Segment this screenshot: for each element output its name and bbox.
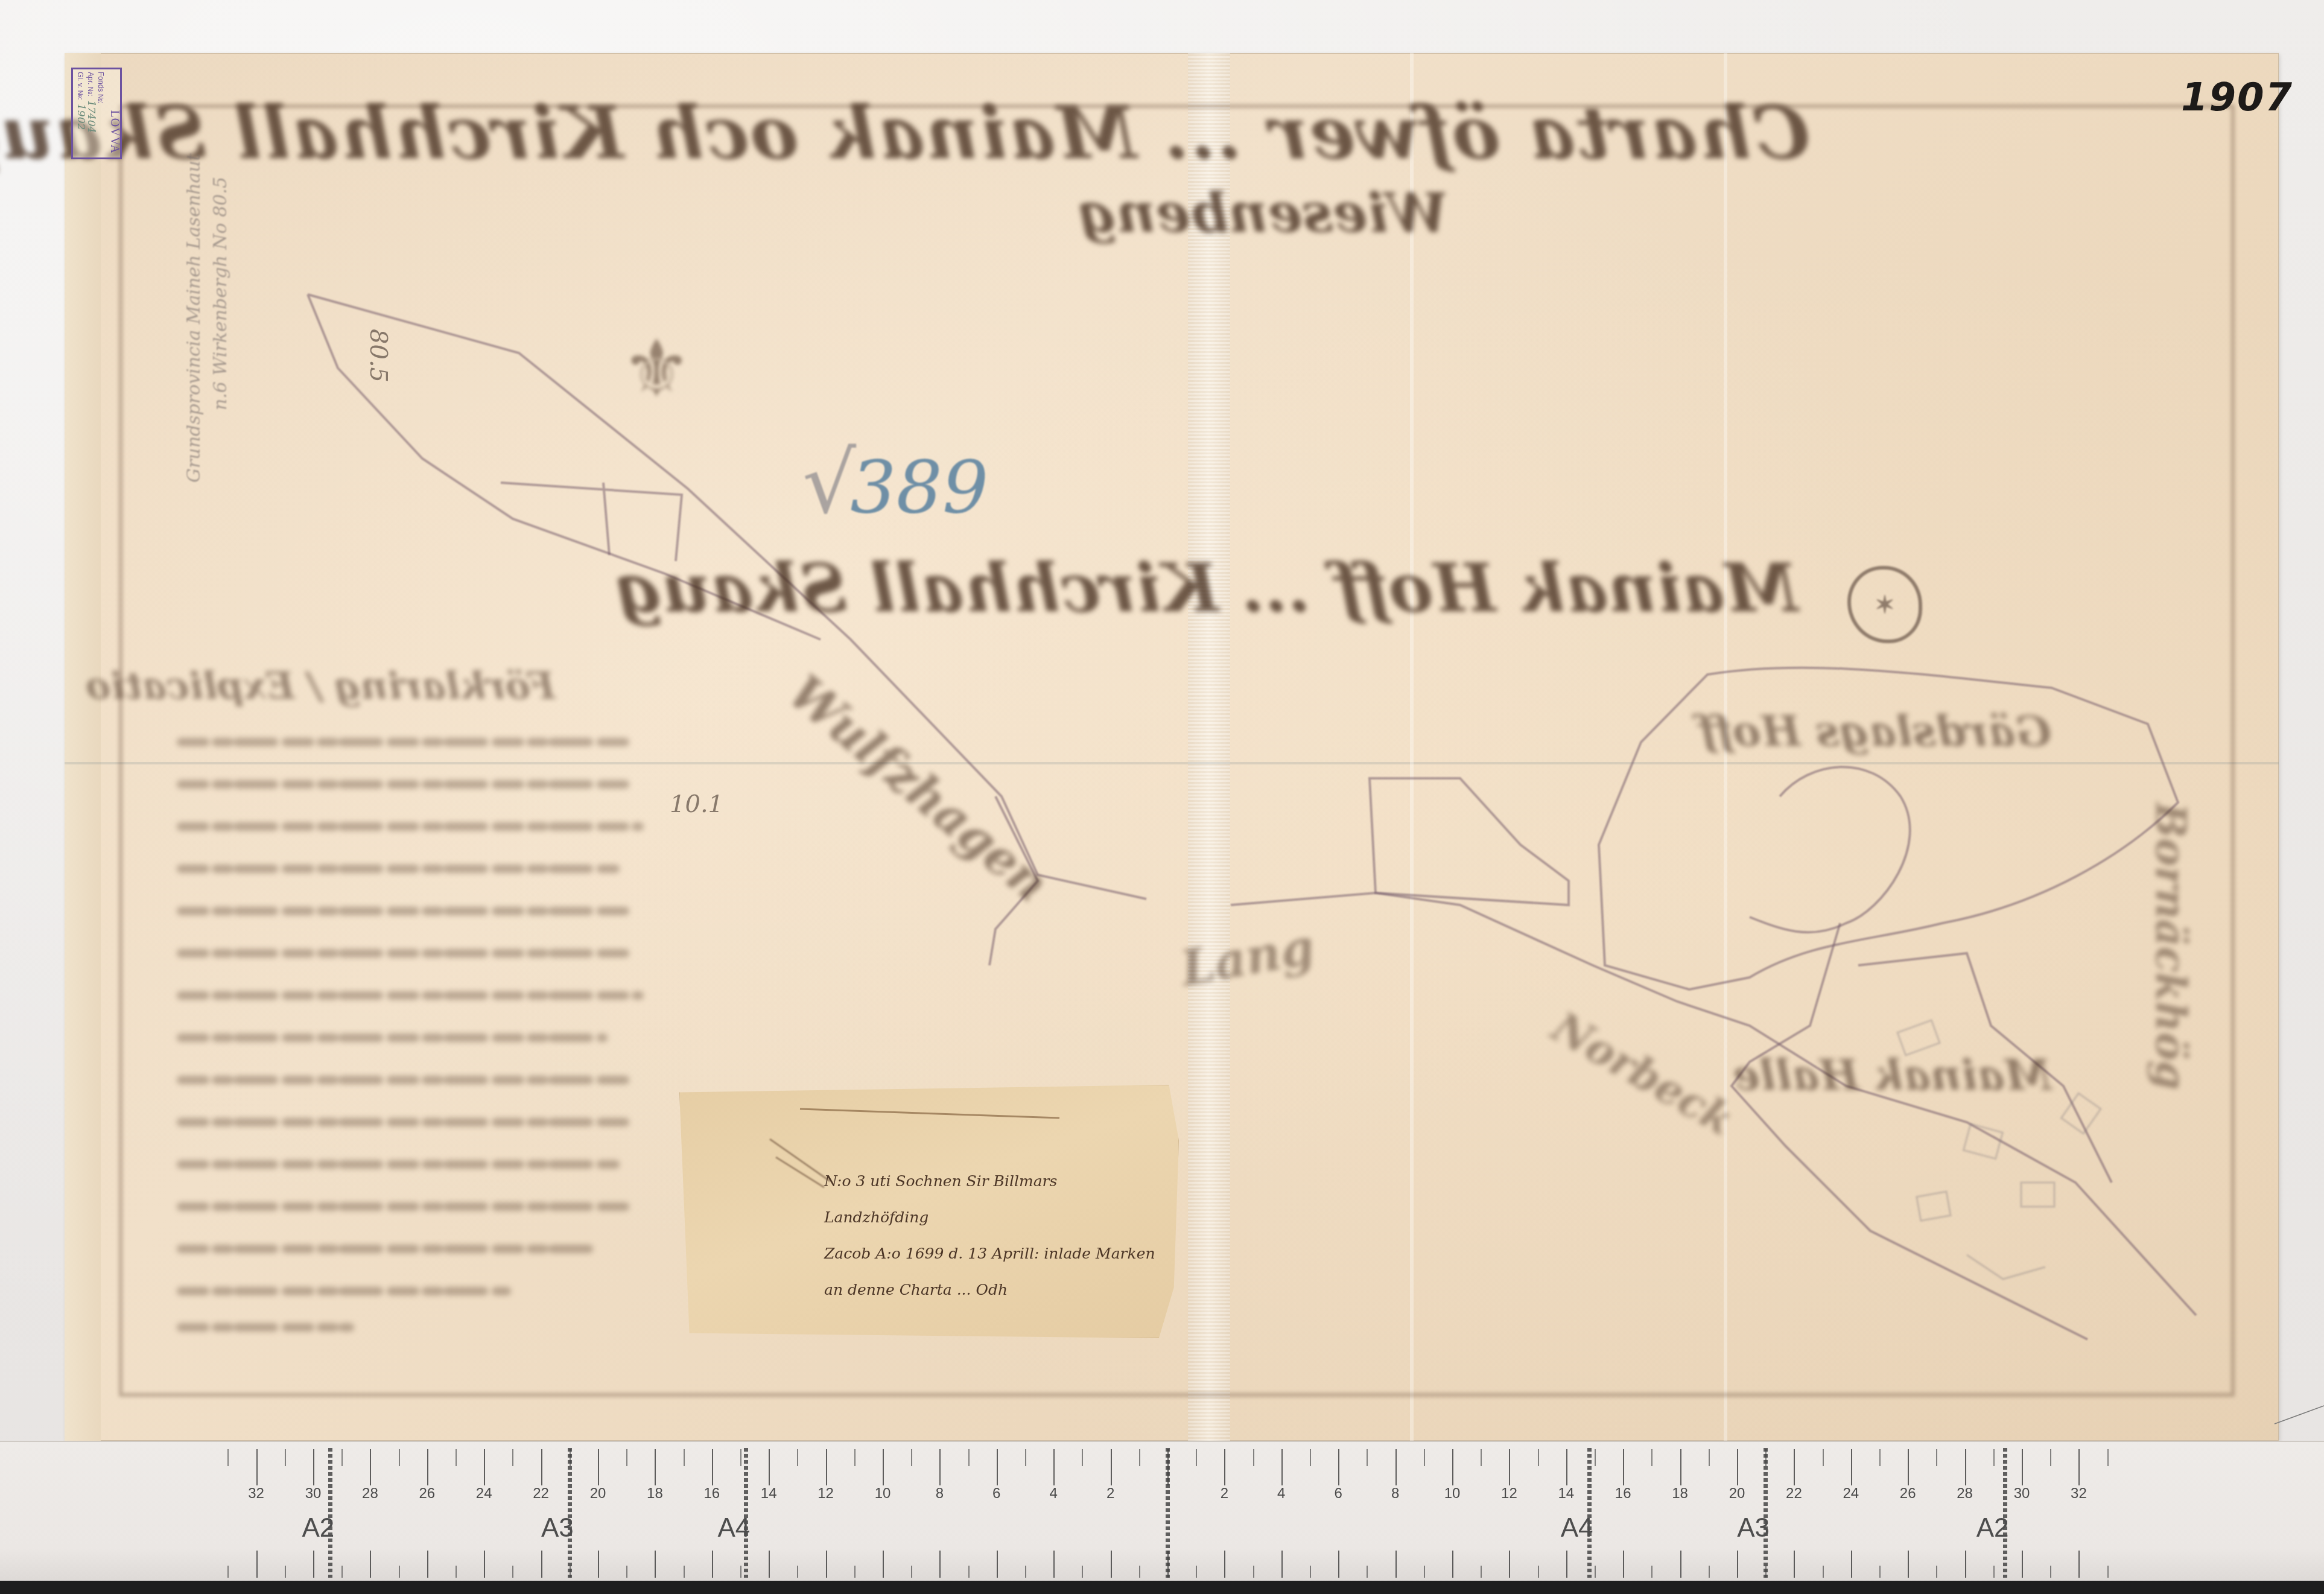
side-note-line-1: Grundsprovincia Maineh Lasenhaut: [181, 153, 208, 483]
ruler-tick-top: [1936, 1449, 1937, 1466]
ruler-number: 8: [1391, 1485, 1399, 1502]
ruler-number: 18: [647, 1485, 663, 1502]
ruler-tick-top: [1538, 1449, 1539, 1466]
ruler-number: 2: [1106, 1485, 1114, 1502]
map-title-bleedthrough: Charta öfwer ... Mainak och Kirchhall Sk…: [0, 90, 1810, 176]
ruler-number: 28: [362, 1485, 378, 1502]
ruler-tick-top: [1651, 1449, 1653, 1466]
ruler-number: 12: [1501, 1485, 1517, 1502]
ruler-number: 16: [1615, 1485, 1631, 1502]
ruler-size-marker: A4: [1561, 1513, 1593, 1543]
ruler-tick-bottom: [1481, 1566, 1482, 1578]
ruler-tick-top: [1338, 1449, 1339, 1485]
ruler-number: 20: [1729, 1485, 1745, 1502]
ruler-tick-bottom: [939, 1551, 941, 1578]
ruler-size-marker: A4: [718, 1513, 751, 1543]
ruler-tick-top: [1794, 1449, 1795, 1485]
ruler-tick-top: [1424, 1449, 1425, 1466]
region-label-right-2: Mainak Halle: [1733, 1050, 2051, 1100]
stamp-title: LOVVA: [110, 110, 119, 154]
ruler-number: 12: [818, 1485, 834, 1502]
ruler-tick-top: [1310, 1449, 1311, 1466]
ruler-tick-top: [1908, 1449, 1909, 1485]
ruler-tick-bottom: [997, 1551, 998, 1578]
archive-stamp: LOVVA Fonds №: Apr. №: 17404 Gl. v. №: 1…: [71, 68, 122, 159]
ruler-tick-bottom: [598, 1551, 599, 1578]
ruler-tick-top: [655, 1449, 656, 1485]
ruler-tick-bottom: [1595, 1566, 1596, 1578]
ruler-tick-top: [1025, 1449, 1026, 1466]
side-pencil-note: Grundsprovincia Maineh Lasenhaut n.6 Wir…: [181, 153, 234, 483]
ruler-tick-top: [826, 1449, 827, 1485]
ruler-tick-top: [427, 1449, 428, 1485]
ruler-number: 14: [1558, 1485, 1574, 1502]
ruler-tick-bottom: [740, 1566, 741, 1578]
note-line-1: N:o 3 uti Sochnen Sir Billmars Landzhöfd…: [824, 1163, 1162, 1236]
ruler-tick-bottom: [227, 1566, 229, 1578]
ruler-tick-bottom: [1566, 1551, 1567, 1578]
region-label-right-1: Gärdslags Hoff: [1698, 706, 2051, 756]
ruler-tick-bottom: [1851, 1551, 1852, 1578]
ruler-tick-top: [939, 1449, 941, 1485]
ruler-tick-bottom: [968, 1566, 970, 1578]
ruler-tick-bottom: [626, 1566, 627, 1578]
ruler-tick-top: [370, 1449, 371, 1485]
ruler-tick-bottom: [1053, 1551, 1055, 1578]
ruler-tick-top: [1452, 1449, 1453, 1485]
ruler-tick-bottom: [826, 1551, 827, 1578]
ruler-tick-top: [256, 1449, 258, 1485]
ruler-tick-top: [512, 1449, 513, 1466]
ruler-tick-bottom: [399, 1566, 400, 1578]
ruler-tick-top: [1253, 1449, 1254, 1466]
ruler-tick-bottom: [1651, 1566, 1653, 1578]
ruler-tick-bottom: [1737, 1551, 1738, 1578]
ruler-tick-bottom: [797, 1566, 798, 1578]
ruler-tick-top: [1737, 1449, 1738, 1485]
ruler-tick-bottom: [512, 1566, 513, 1578]
note-text: N:o 3 uti Sochnen Sir Billmars Landzhöfd…: [824, 1163, 1162, 1308]
ruler-tick-bottom: [911, 1566, 912, 1578]
stamp-glv-label: Gl. v. №:: [76, 72, 84, 100]
ruler-tick-bottom: [1082, 1566, 1083, 1578]
pencil-mark-10: 10.1: [670, 790, 723, 818]
ruler-tick-bottom: [370, 1551, 371, 1578]
ruler-tick-top: [1481, 1449, 1482, 1466]
ruler-number: 28: [1957, 1485, 1973, 1502]
pasted-paper-note: N:o 3 uti Sochnen Sir Billmars Landzhöfd…: [679, 1085, 1179, 1338]
ruler-tick-top: [598, 1449, 599, 1485]
explication-text-block: [169, 724, 646, 1351]
ruler-tick-bottom: [1538, 1566, 1539, 1578]
ruler-tick-bottom: [1879, 1566, 1881, 1578]
ruler-tick-bottom: [256, 1551, 258, 1578]
ruler-tick-top: [712, 1449, 713, 1485]
stamp-apr-value: 17404: [85, 100, 97, 133]
ruler-tick-bottom: [2022, 1551, 2023, 1578]
ruler-tick-bottom: [1310, 1566, 1311, 1578]
measurement-ruler: 3230282624222018161412108642246810121416…: [0, 1441, 2324, 1584]
ruler-number: 32: [248, 1485, 264, 1502]
ruler-tick-bottom: [2078, 1551, 2080, 1578]
ruler-tick-top: [1395, 1449, 1397, 1485]
ruler-tick-bottom: [1509, 1551, 1510, 1578]
note-line-2: Zacob A:o 1699 d. 13 Aprill: inlade Mark…: [824, 1236, 1162, 1272]
ruler-tick-bottom: [1139, 1566, 1140, 1578]
ruler-tick-top: [1709, 1449, 1710, 1466]
ruler-tick-bottom: [313, 1551, 314, 1578]
note-line-3: an denne Charta ... Odh: [824, 1272, 1162, 1308]
ruler-tick-bottom: [1253, 1566, 1254, 1578]
ruler-center-bar: [1166, 1448, 1170, 1578]
ruler-tick-bottom: [1395, 1551, 1397, 1578]
ruler-tick-top: [740, 1449, 741, 1466]
ruler-number: 22: [1786, 1485, 1802, 1502]
ruler-number: 6: [1335, 1485, 1342, 1502]
ruler-tick-bottom: [1936, 1566, 1937, 1578]
ruler-tick-top: [769, 1449, 770, 1485]
ruler-tick-bottom: [1908, 1551, 1909, 1578]
ruler-tick-bottom: [1196, 1566, 1197, 1578]
ruler-tick-top: [1053, 1449, 1055, 1485]
ruler-tick-top: [1851, 1449, 1852, 1485]
ruler-tick-top: [1823, 1449, 1824, 1466]
ruler-tick-bottom: [1823, 1566, 1824, 1578]
ruler-number: 2: [1221, 1485, 1228, 1502]
ruler-tick-bottom: [541, 1551, 542, 1578]
ruler-tick-top: [883, 1449, 884, 1485]
ruler-tick-top: [626, 1449, 627, 1466]
ruler-size-marker: A3: [541, 1513, 574, 1543]
ruler-tick-top: [1509, 1449, 1510, 1485]
ruler-tick-top: [341, 1449, 343, 1466]
ruler-tick-bottom: [1709, 1566, 1710, 1578]
ruler-number: 22: [533, 1485, 549, 1502]
ruler-tick-top: [1367, 1449, 1368, 1466]
ruler-tick-top: [2022, 1449, 2023, 1485]
ruler-tick-top: [1196, 1449, 1197, 1466]
ruler-tick-top: [2078, 1449, 2080, 1485]
ruler-tick-top: [797, 1449, 798, 1466]
stamp-glv-row: Gl. v. №: 1902: [75, 72, 85, 130]
ruler-tick-bottom: [1794, 1551, 1795, 1578]
ruler-tick-top: [456, 1449, 457, 1466]
map-subtitle-bleedthrough: Wiesenbeng: [1078, 181, 1448, 245]
ruler-tick-bottom: [1367, 1566, 1368, 1578]
ruler-tick-top: [1224, 1449, 1225, 1485]
ruler-tick-top: [2050, 1449, 2051, 1466]
ruler-number: 30: [305, 1485, 322, 1502]
pencil-scale-80: 80.5: [364, 329, 392, 383]
ruler-tick-top: [2107, 1449, 2109, 1466]
ruler-tick-top: [1139, 1449, 1140, 1466]
ruler-number: 4: [1277, 1485, 1285, 1502]
ruler-tick-top: [854, 1449, 856, 1466]
ruler-number: 16: [703, 1485, 720, 1502]
archive-stamp-content: LOVVA Fonds №: Apr. №: 17404 Gl. v. №: 1…: [73, 69, 120, 157]
stamp-fonds-label: Fonds №:: [97, 72, 105, 104]
ruler-number: 14: [761, 1485, 777, 1502]
ruler-tick-bottom: [456, 1566, 457, 1578]
ruler-number: 6: [992, 1485, 1000, 1502]
ruler-number: 26: [1900, 1485, 1916, 1502]
ruler-tick-bottom: [1281, 1551, 1283, 1578]
ruler-tick-bottom: [1111, 1551, 1112, 1578]
ruler-tick-bottom: [769, 1551, 770, 1578]
ruler-tick-top: [1879, 1449, 1881, 1466]
ruler-tick-top: [1965, 1449, 1966, 1485]
ruler-tick-top: [1993, 1449, 1995, 1466]
ruler-tick-bottom: [1452, 1551, 1453, 1578]
stamp-fonds-row: Fonds №:: [96, 72, 106, 106]
fleur-de-lis-compass-icon: ⚜: [621, 323, 692, 414]
ruler-size-marker: A2: [1976, 1513, 2009, 1543]
stamp-glv-value: 1902: [75, 104, 87, 130]
ruler-number: 32: [2071, 1485, 2087, 1502]
sheet-number: 1907: [2181, 75, 2293, 120]
ruler-tick-top: [684, 1449, 685, 1466]
ruler-tick-top: [911, 1449, 912, 1466]
ruler-tick-top: [1566, 1449, 1567, 1485]
stamp-apr-label: Apr. №:: [86, 72, 95, 97]
scanner-edge: [0, 1581, 2324, 1594]
ruler-tick-top: [227, 1449, 229, 1466]
catalogue-number-value: 389: [850, 446, 988, 530]
ruler-number: 10: [1444, 1485, 1461, 1502]
ruler-tick-bottom: [883, 1551, 884, 1578]
ruler-number: 20: [590, 1485, 606, 1502]
ruler-tick-top: [997, 1449, 998, 1485]
ruler-tick-top: [541, 1449, 542, 1485]
ruler-tick-top: [1680, 1449, 1681, 1485]
ruler-number: 18: [1672, 1485, 1688, 1502]
ruler-number: 26: [419, 1485, 435, 1502]
ruler-number: 4: [1050, 1485, 1058, 1502]
explication-bleed-lines: [169, 724, 646, 1351]
catalogue-number: √389: [802, 434, 988, 533]
ruler-tick-top: [285, 1449, 286, 1466]
ruler-tick-bottom: [1424, 1566, 1425, 1578]
ruler-tick-bottom: [1993, 1566, 1995, 1578]
ruler-tick-bottom: [2107, 1566, 2109, 1578]
side-note-line-2: n.6 Wirkenbergh No 80.5: [208, 153, 234, 483]
region-label-center: Mainak Hoff ... Kirchhall Skaug: [615, 549, 1798, 627]
ruler-tick-bottom: [1680, 1551, 1681, 1578]
ruler-tick-bottom: [1965, 1551, 1966, 1578]
place-name-bleed: Bornäckhög: [2146, 802, 2196, 1090]
ruler-tick-bottom: [2050, 1566, 2051, 1578]
ruler-tick-bottom: [1224, 1551, 1225, 1578]
ruler-number: 24: [1843, 1485, 1859, 1502]
ruler-tick-top: [968, 1449, 970, 1466]
ruler-tick-bottom: [1338, 1551, 1339, 1578]
ruler-number: 8: [936, 1485, 944, 1502]
stamp-apr-row: Apr. №: 17404: [86, 72, 95, 133]
ruler-tick-top: [1111, 1449, 1112, 1485]
ruler-size-marker: A2: [302, 1513, 334, 1543]
ruler-tick-bottom: [484, 1551, 485, 1578]
ruler-tick-bottom: [655, 1551, 656, 1578]
ruler-tick-bottom: [684, 1566, 685, 1578]
ruler-number: 30: [2014, 1485, 2030, 1502]
ruler-tick-bottom: [1025, 1566, 1026, 1578]
ruler-tick-bottom: [854, 1566, 856, 1578]
ruler-number: 24: [476, 1485, 492, 1502]
ruler-tick-bottom: [285, 1566, 286, 1578]
ruler-tick-top: [1281, 1449, 1283, 1485]
ruler-size-marker: A3: [1737, 1513, 1770, 1543]
ruler-tick-top: [1595, 1449, 1596, 1466]
ruler-tick-bottom: [427, 1551, 428, 1578]
ruler-tick-bottom: [341, 1566, 343, 1578]
ruler-tick-bottom: [712, 1551, 713, 1578]
ruler-tick-top: [399, 1449, 400, 1466]
ruler-number: 10: [875, 1485, 891, 1502]
ruler-tick-bottom: [1623, 1551, 1624, 1578]
explication-heading: Förklaring / Explicatio: [86, 664, 555, 708]
ruler-tick-top: [313, 1449, 314, 1485]
ruler-tick-top: [484, 1449, 485, 1485]
ruler-tick-top: [1623, 1449, 1624, 1485]
ruler-tick-top: [1082, 1449, 1083, 1466]
